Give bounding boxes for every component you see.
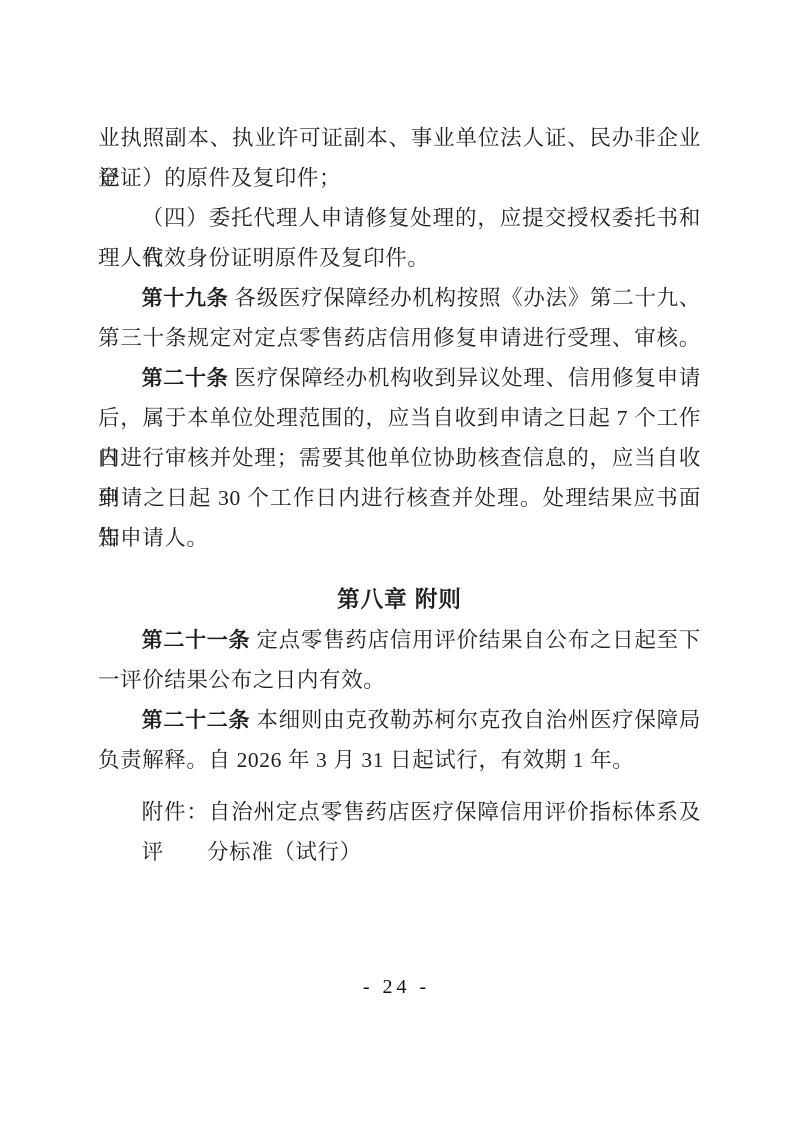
body-text: 负责解释。自 2026 年 3 月 31 日起试行，有效期 1 年。: [98, 748, 634, 772]
body-text: 记证）的原件及复印件；: [98, 166, 341, 190]
body-text: 定点零售药店信用评价结果自公布之日起至下: [250, 628, 701, 652]
body-text: 一评价结果公布之日内有效。: [98, 668, 385, 692]
text-line: 知申请人。: [98, 518, 701, 558]
text-line: 第十九条 各级医疗保障经办机构按照《办法》第二十九、: [98, 278, 701, 318]
text-line: 申请之日起 30 个工作日内进行核查并处理。处理结果应书面告: [98, 478, 701, 518]
text-line: 业执照副本、执业许可证副本、事业单位法人证、民办非企业登: [98, 118, 701, 158]
article-number: 第二十二条: [142, 709, 251, 732]
article-number: 第二十条: [142, 367, 229, 390]
body-text: 本细则由克孜勒苏柯尔克孜自治州医疗保障局: [250, 708, 701, 732]
body-text: 知申请人。: [98, 526, 209, 550]
text-line: 第二十二条 本细则由克孜勒苏柯尔克孜自治州医疗保障局: [98, 700, 701, 740]
body-text: 分标准（试行）: [207, 840, 362, 864]
body-text: 第三十条规定对定点零售药店信用修复申请进行受理、审核。: [98, 326, 701, 350]
text-line: 分标准（试行）: [98, 832, 701, 872]
article-number: 第十九条: [142, 287, 229, 310]
body-text: 理人有效身份证明原件及复印件。: [98, 246, 430, 270]
text-line: 记证）的原件及复印件；: [98, 158, 701, 198]
text-line: 负责解释。自 2026 年 3 月 31 日起试行，有效期 1 年。: [98, 740, 701, 780]
page-number: - 24 -: [0, 976, 793, 999]
blank-line: [98, 780, 701, 792]
text-line: 一评价结果公布之日内有效。: [98, 660, 701, 700]
text-line: 附件：自治州定点零售药店医疗保障信用评价指标体系及评: [98, 792, 701, 832]
text-line: （四）委托代理人申请修复处理的，应提交授权委托书和代: [98, 198, 701, 238]
document-page: 业执照副本、执业许可证副本、事业单位法人证、民办非企业登记证）的原件及复印件；（…: [0, 0, 793, 1122]
chapter-heading: 第八章 附则: [98, 580, 701, 620]
body-text: 各级医疗保障经办机构按照《办法》第二十九、: [228, 286, 701, 310]
text-line: 理人有效身份证明原件及复印件。: [98, 238, 701, 278]
document-body: 业执照副本、执业许可证副本、事业单位法人证、民办非企业登记证）的原件及复印件；（…: [98, 118, 701, 872]
text-line: 第二十一条 定点零售药店信用评价结果自公布之日起至下: [98, 620, 701, 660]
article-number: 第二十一条: [142, 629, 251, 652]
body-text: 医疗保障经办机构收到异议处理、信用修复申请: [228, 366, 701, 390]
text-line: 内进行审核并处理；需要其他单位协助核查信息的，应当自收到: [98, 438, 701, 478]
text-line: 第三十条规定对定点零售药店信用修复申请进行受理、审核。: [98, 318, 701, 358]
text-line: 后，属于本单位处理范围的，应当自收到申请之日起 7 个工作日: [98, 398, 701, 438]
text-line: 第二十条 医疗保障经办机构收到异议处理、信用修复申请: [98, 358, 701, 398]
